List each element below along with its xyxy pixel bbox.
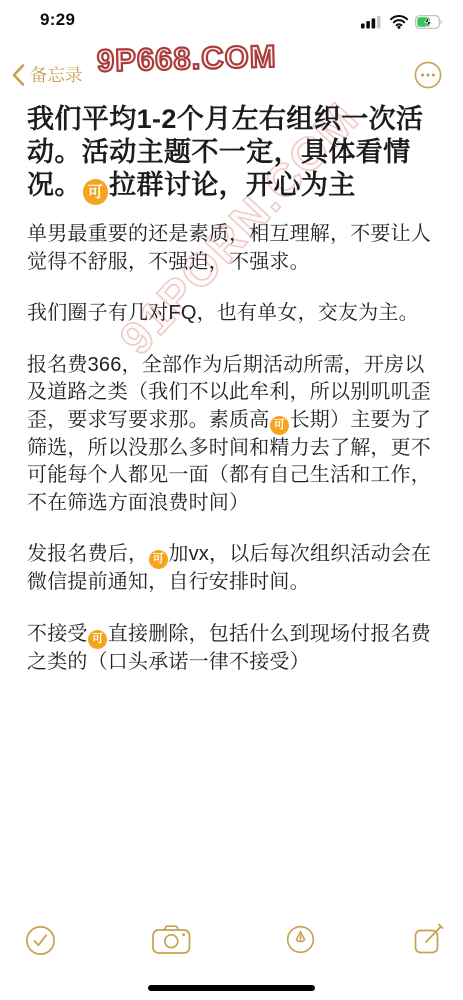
note-paragraph: 不接受可直接删除，包括什么到现场付报名费之类的（口头承诺一律不接受） xyxy=(27,621,439,677)
ke-circle-emoji: 可 xyxy=(270,416,289,435)
compose-button[interactable] xyxy=(414,923,445,957)
note-paragraph: 单男最重要的还是素质，相互理解，不要让人觉得不舒服，不强迫，不强求。 xyxy=(27,221,439,276)
note-body[interactable]: 我们平均1-2个月左右组织一次活动。活动主题不一定，具体看情况。可拉群讨论，开心… xyxy=(27,103,439,700)
ke-circle-emoji: 可 xyxy=(149,550,168,569)
markup-button[interactable] xyxy=(286,925,315,957)
cellular-signal-icon xyxy=(361,15,383,29)
camera-button[interactable] xyxy=(152,924,191,958)
note-paragraph: 报名费366，全部作为后期活动所需，开房以及道路之类（我们不以此牟利，所以别叽叽… xyxy=(27,352,439,518)
back-button-label: 备忘录 xyxy=(30,62,83,87)
chevron-left-icon xyxy=(12,64,25,86)
checkmark-circle-icon xyxy=(25,925,56,956)
ellipsis-circle-icon xyxy=(414,61,442,89)
note-paragraph: 发报名费后，可加vx，以后每次组织活动会在微信提前通知，自行安排时间。 xyxy=(27,541,439,597)
compose-icon xyxy=(414,923,445,954)
pen-markup-icon xyxy=(286,925,315,954)
ke-circle-emoji: 可 xyxy=(88,630,107,649)
ke-circle-emoji: 可 xyxy=(83,179,109,205)
more-options-button[interactable] xyxy=(414,61,442,89)
wifi-icon xyxy=(389,14,409,29)
note-paragraph: 我们圈子有几对FQ，也有单女，交友为主。 xyxy=(27,300,439,328)
back-button[interactable]: 备忘录 xyxy=(12,62,83,87)
notes-app-screen: 9:29 备忘录 xyxy=(0,0,463,1000)
home-indicator[interactable] xyxy=(148,985,315,991)
camera-icon xyxy=(152,924,191,955)
checklist-button[interactable] xyxy=(25,925,56,959)
battery-charging-icon xyxy=(415,15,443,29)
status-time: 9:29 xyxy=(40,10,100,30)
watermark-top: 9P668.COM xyxy=(97,39,277,80)
note-title-paragraph: 我们平均1-2个月左右组织一次活动。活动主题不一定，具体看情况。可拉群讨论，开心… xyxy=(27,103,439,205)
status-icons xyxy=(361,14,443,29)
